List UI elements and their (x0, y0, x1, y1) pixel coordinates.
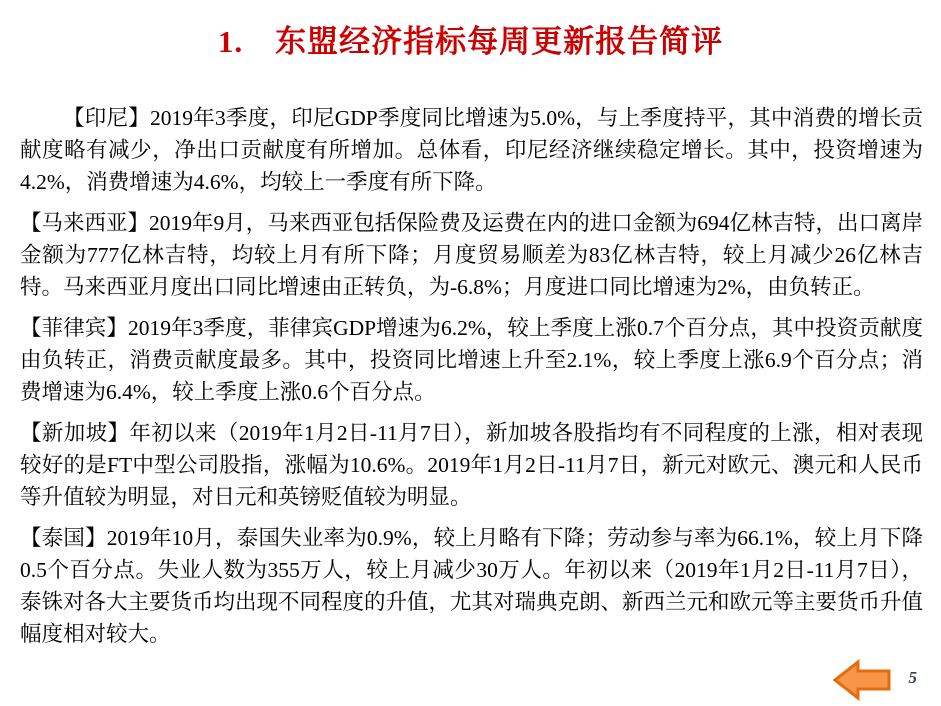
back-arrow-button[interactable] (832, 658, 892, 702)
paragraph-thailand: 【泰国】2019年10月，泰国失业率为0.9%，较上月略有下降；劳动参与率为66… (20, 522, 923, 650)
slide: 1. 东盟经济指标每周更新报告简评 【印尼】2019年3季度，印尼GDP季度同比… (0, 0, 941, 706)
paragraph-malaysia: 【马来西亚】2019年9月，马来西亚包括保险费及运费在内的进口金额为694亿林吉… (20, 207, 923, 303)
paragraph-singapore: 【新加坡】年初以来（2019年1月2日-11月7日），新加坡各股指均有不同程度的… (20, 417, 923, 513)
paragraph-philippines: 【菲律宾】2019年3季度，菲律宾GDP增速为6.2%，较上季度上涨0.7个百分… (20, 312, 923, 408)
page-number: 5 (909, 668, 918, 688)
slide-body: 【印尼】2019年3季度，印尼GDP季度同比增速为5.0%，与上季度持平，其中消… (20, 102, 923, 650)
paragraph-indonesia: 【印尼】2019年3季度，印尼GDP季度同比增速为5.0%，与上季度持平，其中消… (20, 102, 923, 198)
left-arrow-icon (832, 658, 892, 702)
page-title: 1. 东盟经济指标每周更新报告简评 (0, 0, 941, 62)
